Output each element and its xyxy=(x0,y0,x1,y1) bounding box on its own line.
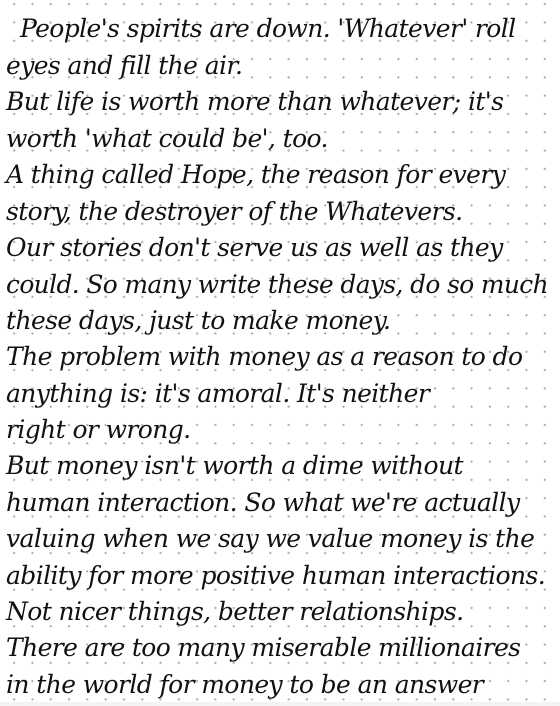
text-line: But life is worth more than whatever; it… xyxy=(6,87,503,117)
text-line: worth 'what could be', too. xyxy=(6,124,328,154)
dot-grid-page: People's spirits are down. 'Whatever' ro… xyxy=(0,0,560,702)
text-line: ability for more positive human interact… xyxy=(6,561,545,591)
text-line: But money isn't worth a dime without xyxy=(6,451,463,481)
text-line: right or wrong. xyxy=(6,415,190,445)
text-line: Not nicer things, better relationships. xyxy=(6,597,463,627)
text-line: There are too many miserable millionaire… xyxy=(6,633,520,663)
page-bottom-edge xyxy=(0,702,560,706)
text-line: People's spirits are down. 'Whatever' ro… xyxy=(20,14,516,44)
text-line: valuing when we say we value money is th… xyxy=(6,524,534,554)
text-line: could. So many write these days, do so m… xyxy=(6,270,548,300)
text-line: story, the destroyer of the Whatevers. xyxy=(6,197,463,227)
text-line: eyes and fill the air. xyxy=(6,51,242,81)
text-line: these days, just to make money. xyxy=(6,306,390,336)
text-line: The problem with money as a reason to do xyxy=(6,342,522,372)
text-line: in the world for money to be an answer xyxy=(6,670,483,700)
text-line: human interaction. So what we're actuall… xyxy=(6,488,520,518)
text-line: anything is: it's amoral. It's neither xyxy=(6,379,429,409)
text-line: A thing called Hope, the reason for ever… xyxy=(6,160,505,190)
text-line: Our stories don't serve us as well as th… xyxy=(6,233,503,263)
